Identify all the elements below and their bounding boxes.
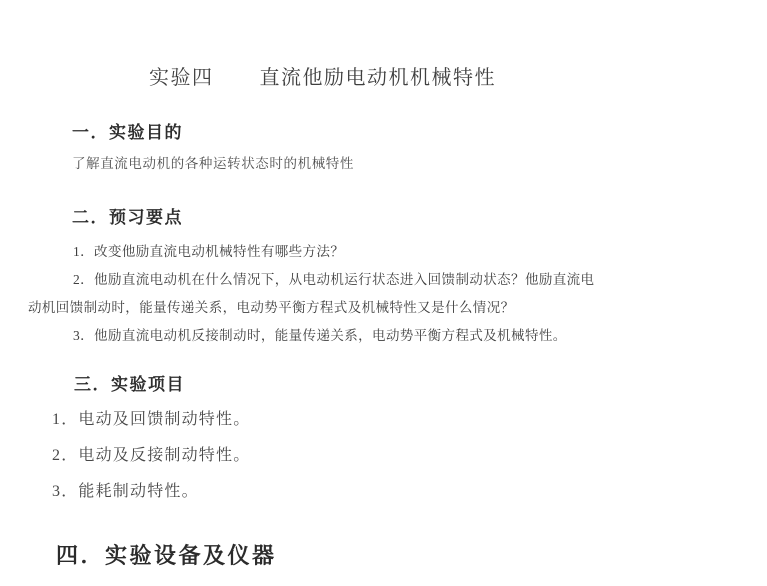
purpose-body-text: 了解直流电动机的各种运转状态时的机械特性 [72,152,354,172]
project-item-3: 3．能耗制动特性。 [52,474,250,510]
project-item-1: 1．电动及回馈制动特性。 [52,402,250,438]
experiment-projects-list: 1．电动及回馈制动特性。 2．电动及反接制动特性。 3．能耗制动特性。 [52,402,250,510]
preview-item-2-line-2: 动机回馈制动时，能量传递关系，电动势平衡方程式及机械特性又是什么情况？ [28,294,742,322]
document-page: 实验四直流他励电动机机械特性 一．实验目的 了解直流电动机的各种运转状态时的机械… [0,0,767,586]
title-subject: 直流他励电动机机械特性 [260,67,497,89]
preview-item-1: 1．改变他励直流电动机械特性有哪些方法？ [28,238,742,266]
section-heading-preview-points: 二．预习要点 [72,203,183,228]
preview-points-list: 1．改变他励直流电动机械特性有哪些方法？ 2．他励直流电动机在什么情况下，从电动… [28,238,742,350]
section-heading-purpose: 一．实验目的 [72,118,183,143]
project-item-2: 2．电动及反接制动特性。 [52,438,250,474]
section-heading-equipment: 四．实验设备及仪器 [56,539,277,570]
document-title: 实验四直流他励电动机机械特性 [149,61,496,90]
section-heading-experiment-projects: 三．实验项目 [74,370,185,395]
preview-item-3: 3．他励直流电动机反接制动时，能量传递关系，电动势平衡方程式及机械特性。 [28,322,742,350]
preview-item-2-line-1: 2．他励直流电动机在什么情况下，从电动机运行状态进入回馈制动状态？他励直流电 [28,266,742,294]
title-experiment-number: 实验四 [149,67,214,89]
